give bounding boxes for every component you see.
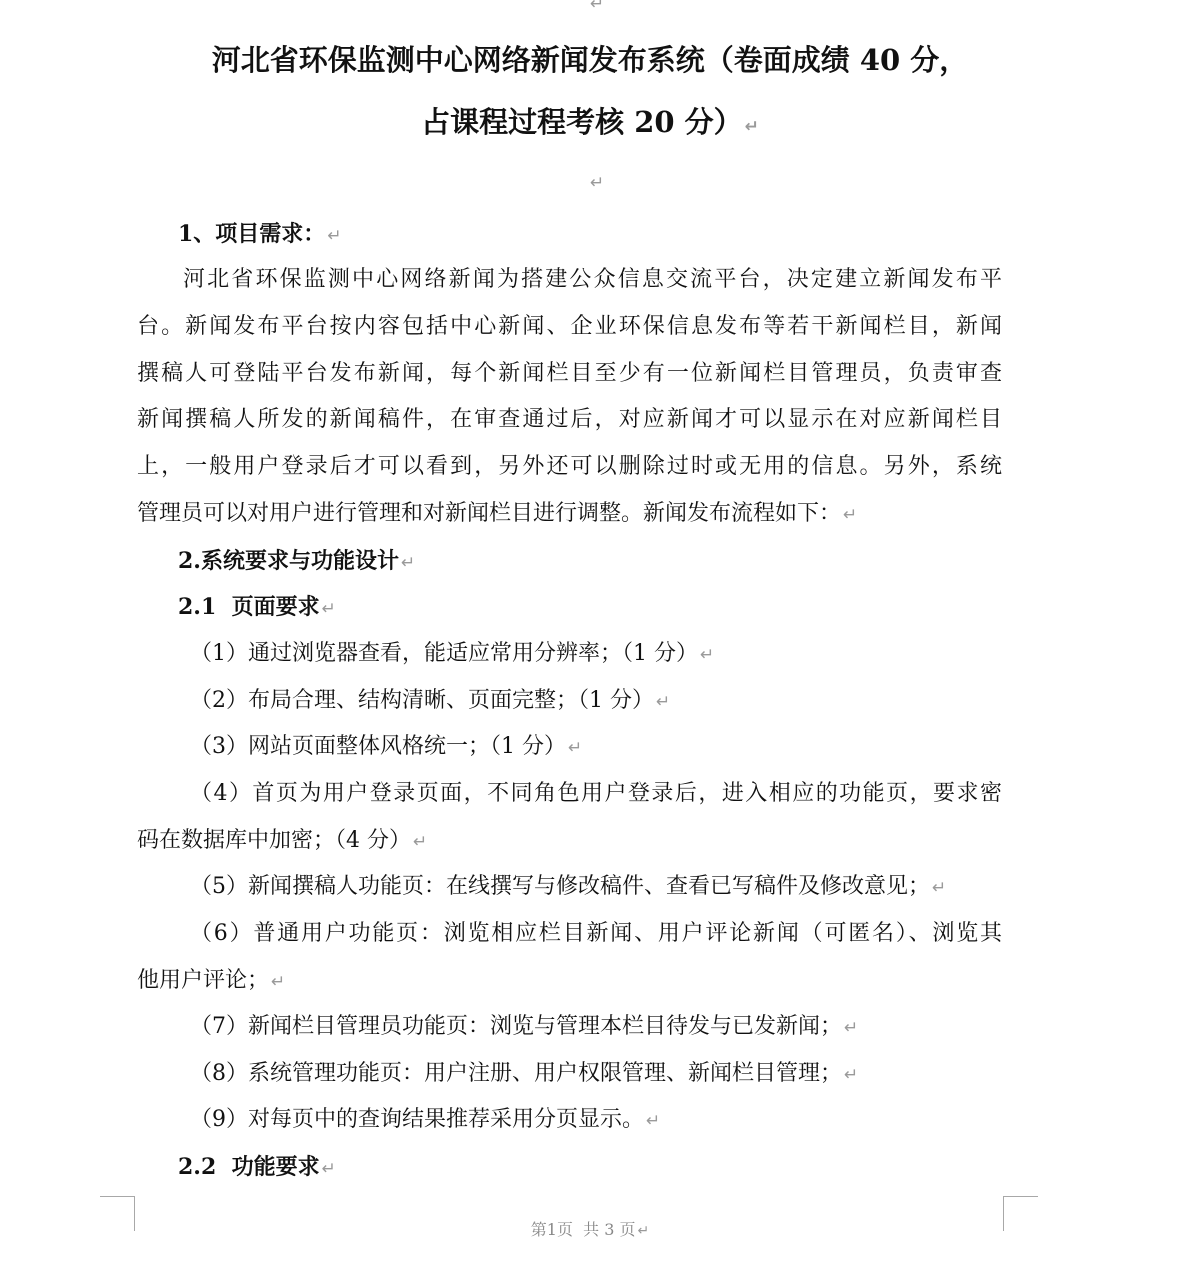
item-text: 他用户评论；	[137, 968, 269, 993]
paragraph-mark: ↵	[588, 0, 604, 19]
heading-text: 2.系统要求与功能设计	[178, 548, 399, 574]
item-text: （9）对每页中的查询结果推荐采用分页显示。	[190, 1107, 644, 1132]
return-mark-icon: ↵	[700, 645, 714, 665]
heading-text: 1、项目需求：	[178, 221, 325, 247]
item-text: （3）网站页面整体风格统一；（1 分）	[190, 734, 566, 759]
document-page: ↵ 河北省环保监测中心网络新闻发布系统（卷面成绩 40 分， 占课程过程考核 2…	[0, 0, 1180, 1262]
body-text: 河北省环保监测中心网络新闻为搭建公众信息交流平台，决定建立新闻发布平	[137, 267, 1002, 292]
requirement-item: （2）布局合理、结构清晰、页面完整；（1 分）↵	[190, 686, 670, 717]
requirement-item: （1）通过浏览器查看，能适应常用分辨率；（1 分）↵	[190, 639, 714, 670]
requirement-item: （7）新闻栏目管理员功能页：浏览与管理本栏目待发与已发新闻；↵	[190, 1012, 858, 1043]
title-text: 占课程过程考核 20 分）	[421, 105, 743, 139]
blank-paragraph: ↵	[588, 167, 604, 198]
section-1-heading: 1、项目需求：↵	[178, 219, 342, 251]
body-text: 台。新闻发布平台按内容包括中心新闻、企业环保信息发布等若干新闻栏目，新闻	[137, 314, 1002, 339]
return-mark-icon: ↵	[844, 1018, 858, 1038]
body-text: 新闻撰稿人所发的新闻稿件，在审查通过后，对应新闻才可以显示在对应新闻栏目	[137, 407, 1002, 432]
document-title-line-1: 河北省环保监测中心网络新闻发布系统（卷面成绩 40 分，	[0, 40, 1180, 80]
body-line: 新闻撰稿人所发的新闻稿件，在审查通过后，对应新闻才可以显示在对应新闻栏目	[137, 405, 1002, 435]
item-text: 码在数据库中加密；（4 分）	[137, 828, 411, 853]
return-mark-icon: ↵	[637, 1223, 649, 1239]
body-text: 管理员可以对用户进行管理和对新闻栏目进行调整。新闻发布流程如下：	[137, 501, 841, 526]
requirement-item: （6）普通用户功能页：浏览相应栏目新闻、用户评论新闻（可匿名）、浏览其	[137, 919, 1002, 949]
section-2-heading: 2.系统要求与功能设计↵	[178, 546, 415, 578]
heading-text: 2.2 功能要求	[178, 1154, 320, 1180]
return-mark-icon: ↵	[271, 972, 285, 992]
body-line: 台。新闻发布平台按内容包括中心新闻、企业环保信息发布等若干新闻栏目，新闻	[137, 312, 1002, 342]
item-text: （7）新闻栏目管理员功能页：浏览与管理本栏目待发与已发新闻；	[190, 1014, 842, 1039]
return-mark-icon: ↵	[656, 692, 670, 712]
body-text: 撰稿人可登陆平台发布新闻，每个新闻栏目至少有一位新闻栏目管理员，负责审查	[137, 361, 1002, 386]
requirement-item: （3）网站页面整体风格统一；（1 分）↵	[190, 732, 582, 763]
subsection-2-1-heading: 2.1 页面要求↵	[178, 592, 336, 624]
requirement-item: （5）新闻撰稿人功能页：在线撰写与修改稿件、查看已写稿件及修改意见；↵	[190, 872, 946, 903]
subsection-2-2-heading: 2.2 功能要求↵	[178, 1152, 336, 1184]
return-mark-icon: ↵	[745, 117, 759, 137]
requirement-item-continued: 码在数据库中加密；（4 分）↵	[137, 826, 427, 857]
document-title-line-2: 占课程过程考核 20 分）↵	[0, 102, 1180, 147]
item-text: （4）首页为用户登录页面，不同角色用户登录后，进入相应的功能页，要求密	[137, 781, 1002, 806]
return-mark-icon: ↵	[322, 1159, 336, 1179]
body-line: 撰稿人可登陆平台发布新闻，每个新闻栏目至少有一位新闻栏目管理员，负责审查	[137, 359, 1002, 389]
page-number: 第1页 共 3 页	[531, 1220, 636, 1239]
requirement-item-continued: 他用户评论；↵	[137, 966, 285, 997]
return-mark-icon: ↵	[401, 553, 415, 573]
title-text: 河北省环保监测中心网络新闻发布系统（卷面成绩 40 分，	[212, 43, 969, 77]
return-mark-icon: ↵	[932, 878, 946, 898]
item-text: （1）通过浏览器查看，能适应常用分辨率；（1 分）	[190, 641, 698, 666]
body-line: 河北省环保监测中心网络新闻为搭建公众信息交流平台，决定建立新闻发布平	[137, 265, 1002, 295]
body-text: 上，一般用户登录后才可以看到，另外还可以删除过时或无用的信息。另外，系统	[137, 454, 1002, 479]
item-text: （2）布局合理、结构清晰、页面完整；（1 分）	[190, 688, 654, 713]
return-mark-icon: ↵	[568, 738, 582, 758]
return-mark-icon: ↵	[590, 0, 604, 14]
body-line: 管理员可以对用户进行管理和对新闻栏目进行调整。新闻发布流程如下：↵	[137, 499, 857, 530]
requirement-item: （4）首页为用户登录页面，不同角色用户登录后，进入相应的功能页，要求密	[137, 779, 1002, 809]
return-mark-icon: ↵	[322, 599, 336, 619]
return-mark-icon: ↵	[844, 1065, 858, 1085]
return-mark-icon: ↵	[327, 226, 341, 246]
body-line: 上，一般用户登录后才可以看到，另外还可以删除过时或无用的信息。另外，系统	[137, 452, 1002, 482]
item-text: （6）普通用户功能页：浏览相应栏目新闻、用户评论新闻（可匿名）、浏览其	[137, 921, 1002, 946]
requirement-item: （8）系统管理功能页：用户注册、用户权限管理、新闻栏目管理；↵	[190, 1059, 858, 1090]
item-text: （5）新闻撰稿人功能页：在线撰写与修改稿件、查看已写稿件及修改意见；	[190, 874, 930, 899]
return-mark-icon: ↵	[590, 173, 604, 193]
requirement-item: （9）对每页中的查询结果推荐采用分页显示。↵	[190, 1105, 660, 1136]
return-mark-icon: ↵	[413, 832, 427, 852]
page-footer: 第1页 共 3 页↵	[0, 1219, 1180, 1242]
return-mark-icon: ↵	[646, 1111, 660, 1131]
item-text: （8）系统管理功能页：用户注册、用户权限管理、新闻栏目管理；	[190, 1061, 842, 1086]
heading-text: 2.1 页面要求	[178, 594, 320, 620]
return-mark-icon: ↵	[843, 505, 857, 525]
